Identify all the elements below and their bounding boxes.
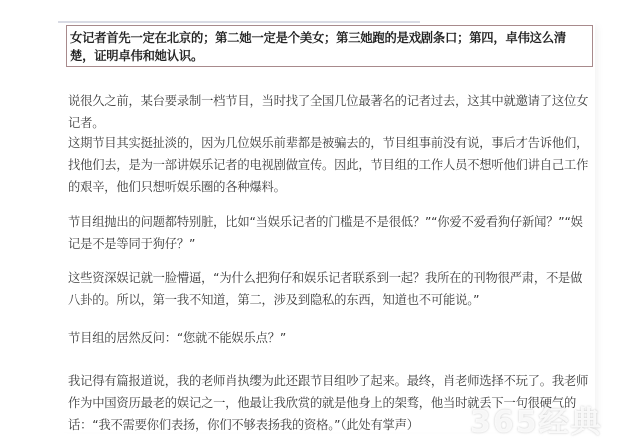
article-paragraph-1: 说很久之前，某台要录制一档节目，当时找了全国几位最著名的记者过去，这其中就邀请了… (68, 90, 590, 134)
watermark-logo: 365经典 (470, 397, 603, 441)
article-paragraph-2: 这期节目其实挺扯淡的，因为几位娱乐前辈都是被骗去的，节目组事前没有说，事后才告诉… (68, 132, 590, 198)
top-divider (58, 21, 420, 23)
article-paragraph-3: 节目组抛出的问题都特别脏，比如“当娱乐记者的门槛是不是很低？”“你爱不爱看狗仔新… (68, 211, 590, 255)
highlight-quote-box: 女记者首先一定在北京的；第二她一定是个美女；第三她跑的是戏剧条口；第四，卓伟这么… (66, 25, 593, 67)
highlight-quote-text: 女记者首先一定在北京的；第二她一定是个美女；第三她跑的是戏剧条口；第四，卓伟这么… (70, 29, 590, 65)
article-paragraph-5: 节目组的居然反问：“您就不能娱乐点？” (68, 327, 590, 349)
article-paragraph-4: 这些资深娱记就一脸懵逼，“为什么把狗仔和娱乐记者联系到一起？我所在的刊物很严肃，… (68, 267, 590, 311)
